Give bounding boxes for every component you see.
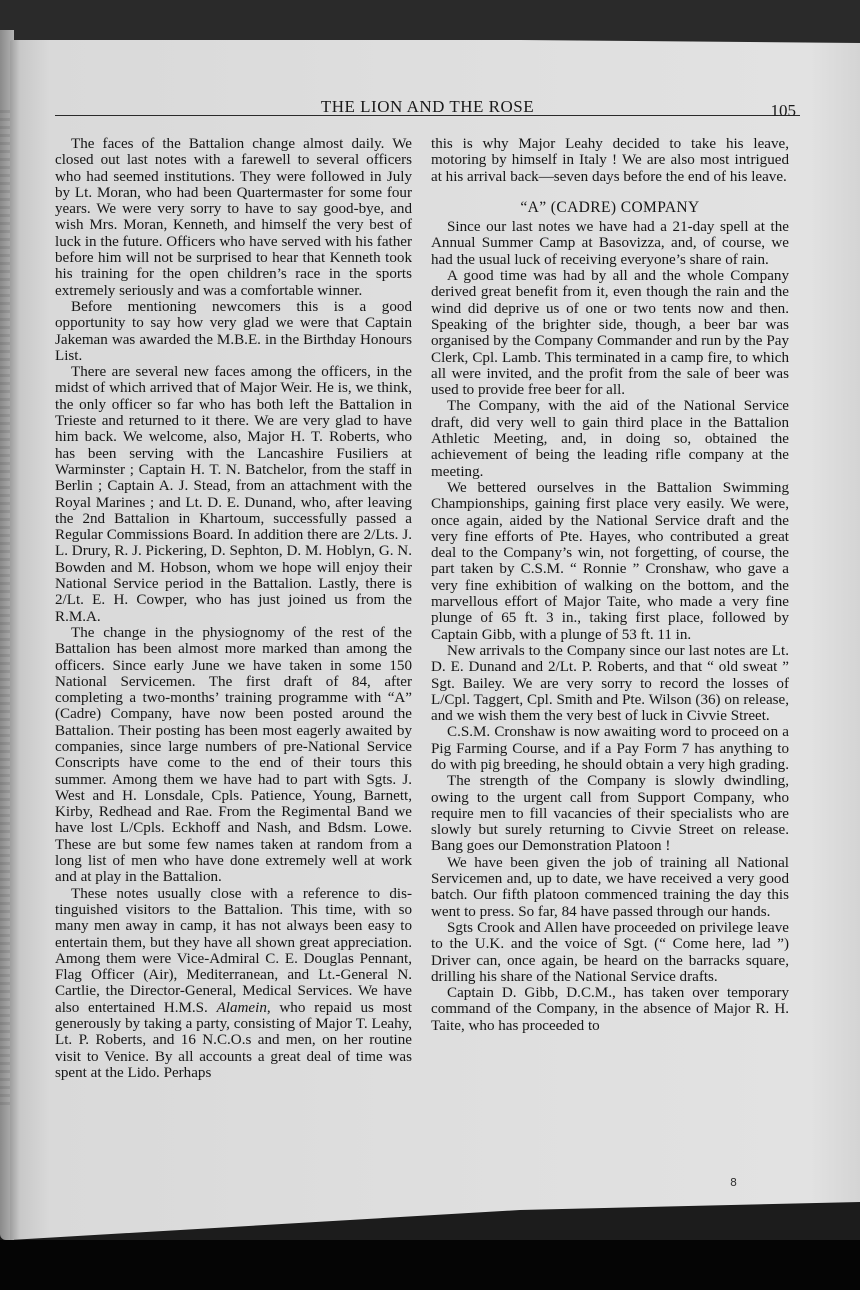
paragraph: Since our last notes we have had a 21-da…	[431, 219, 789, 268]
paragraph: We have been given the job of training a…	[431, 855, 789, 920]
continued-paragraph: this is why Major Leahy decided to take …	[431, 136, 789, 185]
paragraph: There are several new faces among the of…	[55, 364, 412, 625]
paragraph-text: These notes usually close with a referen…	[55, 886, 412, 1016]
paragraph: Captain D. Gibb, D.C.M., has taken over …	[431, 985, 789, 1034]
paragraph: Sgts Crook and Allen have proceeded on p…	[431, 920, 789, 985]
running-title: THE LION AND THE ROSE	[55, 97, 800, 117]
paragraph: We bettered ourselves in the Battalion S…	[431, 480, 789, 643]
ship-name: Alamein	[217, 1000, 267, 1016]
paragraph: The faces of the Battalion change almost…	[55, 136, 412, 299]
paragraph: New arrivals to the Company since our la…	[431, 643, 789, 724]
page-number: 105	[771, 101, 797, 121]
paragraph: The strength of the Company is slowly dw…	[431, 773, 789, 854]
paragraph: The change in the physiognomy of the res…	[55, 625, 412, 886]
running-header: THE LION AND THE ROSE 105	[55, 97, 800, 116]
section-heading: “A” (CADRE) COMPANY	[431, 200, 789, 216]
paragraph: C.S.M. Cronshaw is now awaiting word to …	[431, 724, 789, 773]
signature-mark: 8	[730, 1176, 737, 1189]
left-column: The faces of the Battalion change almost…	[55, 136, 412, 1081]
paragraph: The Company, with the aid of the Nationa…	[431, 398, 789, 479]
paragraph-visitors: These notes usually close with a referen…	[55, 886, 412, 1082]
paragraph: A good time was had by all and the whole…	[431, 268, 789, 398]
scan-background-bottom	[0, 1240, 860, 1290]
right-column: this is why Major Leahy decided to take …	[431, 136, 789, 1034]
paragraph: Before mentioning newcomers this is a go…	[55, 299, 412, 364]
